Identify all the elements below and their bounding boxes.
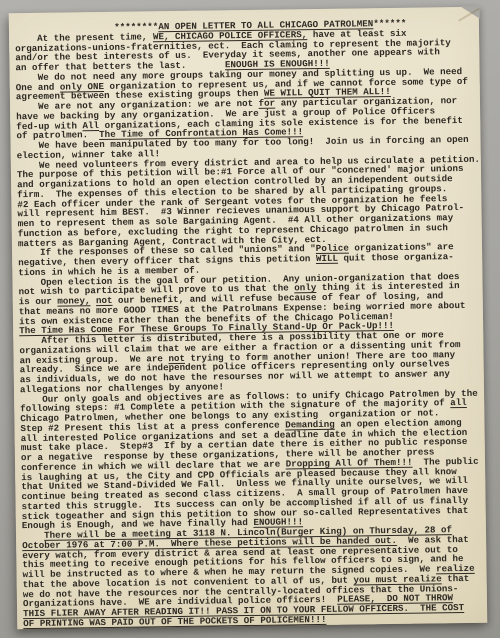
text: quit those organiza- [338,251,454,264]
underlined-text: all [450,397,467,408]
letter-lines: ********AN OPEN LETTER TO ALL CHICAGO PA… [9,7,488,630]
letter-paper: ********AN OPEN LETTER TO ALL CHICAGO PA… [9,7,488,630]
photo-background: ********AN OPEN LETTER TO ALL CHICAGO PA… [0,0,500,638]
underlined-text: WILL [316,253,338,264]
